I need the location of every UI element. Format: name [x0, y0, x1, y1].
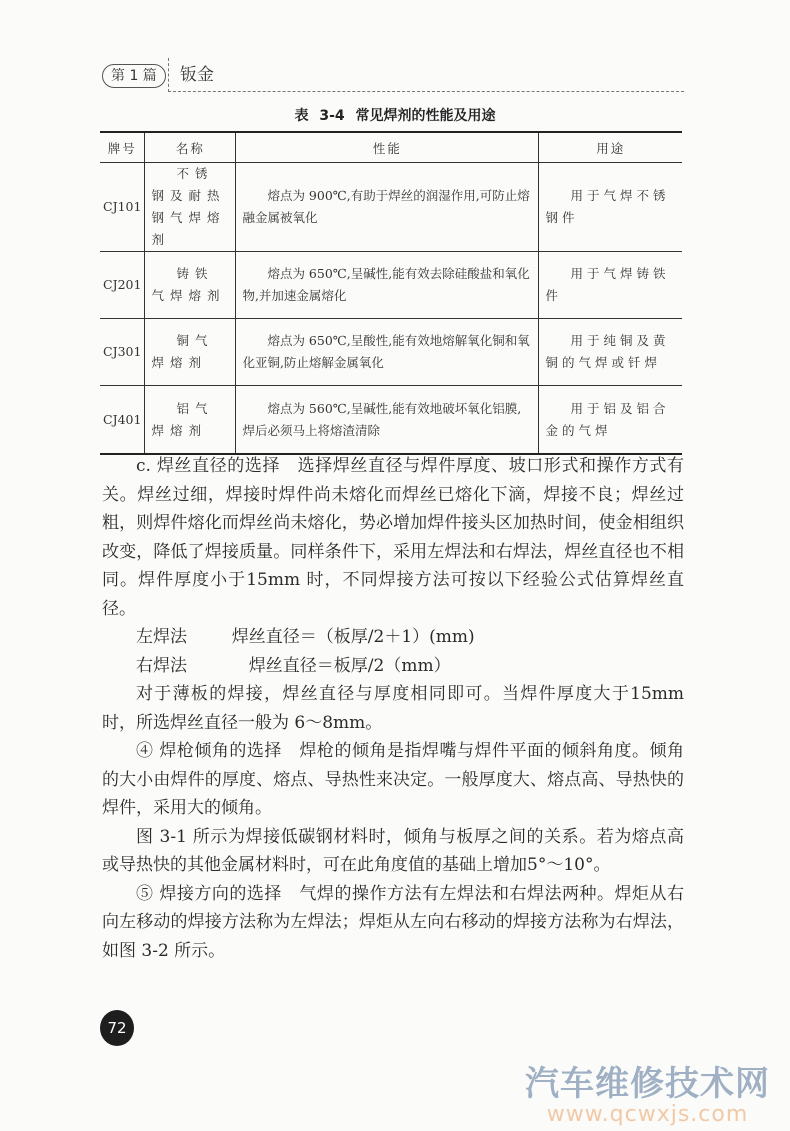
watermark: 汽车维修技术网 www.qcwxjs.com — [510, 1064, 785, 1126]
cell-performance: 熔点为 650℃,呈酸性,能有效地熔解氧化铜和氧化亚铜,防止熔解金属氧化 — [236, 319, 539, 386]
formula-left-welding: 左焊法 焊丝直径＝（板厚/2＋1）(mm) — [102, 623, 684, 652]
table-row: CJ201 铸铁气焊熔剂 熔点为 650℃,呈碱性,能有效去除硅酸盐和氧化物,并… — [100, 252, 682, 319]
cell-name: 不锈钢及耐热钢气焊熔剂 — [145, 163, 236, 252]
header-rule — [168, 91, 684, 92]
body-text: c. 焊丝直径的选择 选择焊丝直径与焊件厚度、坡口形式和操作方式有关。焊丝过细，… — [102, 452, 684, 965]
cell-name: 铸铁气焊熔剂 — [145, 252, 236, 319]
table-header-row: 牌号 名称 性能 用途 — [100, 132, 682, 163]
cell-grade: CJ301 — [100, 319, 145, 386]
page-number: 72 — [100, 1010, 134, 1046]
cell-use: 用于铝及铝合金的气焊 — [539, 386, 682, 455]
cell-name: 铜气焊熔剂 — [145, 319, 236, 386]
col-header-use: 用途 — [539, 132, 682, 163]
cell-grade: CJ201 — [100, 252, 145, 319]
cell-use: 用于纯铜及黄铜的气焊或钎焊 — [539, 319, 682, 386]
table-row: CJ401 铝气焊熔剂 熔点为 560℃,呈碱性,能有效地破坏氧化铝膜,焊后必须… — [100, 386, 682, 455]
cell-use: 用于气焊不锈钢件 — [539, 163, 682, 252]
cell-performance: 熔点为 650℃,呈碱性,能有效去除硅酸盐和氧化物,并加速金属熔化 — [236, 252, 539, 319]
col-header-grade: 牌号 — [100, 132, 145, 163]
cell-performance: 熔点为 560℃,呈碱性,能有效地破坏氧化铝膜,焊后必须马上将熔渣清除 — [236, 386, 539, 455]
paragraph-figure-3-1: 图 3-1 所示为焊接低碳钢材料时，倾角与板厚之间的关系。若为熔点高或导热快的其… — [102, 823, 684, 880]
table-title: 表 3-4 常见焊剂的性能及用途 — [0, 105, 790, 125]
paragraph-thin-plate: 对于薄板的焊接，焊丝直径与厚度相同即可。当焊件厚度大于15mm 时，所选焊丝直径… — [102, 680, 684, 737]
flux-table: 牌号 名称 性能 用途 CJ101 不锈钢及耐热钢气焊熔剂 熔点为 900℃,有… — [100, 131, 682, 455]
formula-right-welding: 右焊法 焊丝直径＝板厚/2（mm） — [102, 652, 684, 681]
cell-grade: CJ101 — [100, 163, 145, 252]
watermark-text: 汽车维修技术网 — [510, 1064, 785, 1104]
col-header-performance: 性能 — [236, 132, 539, 163]
table-row: CJ101 不锈钢及耐热钢气焊熔剂 熔点为 900℃,有助于焊丝的润湿作用,可防… — [100, 163, 682, 252]
cell-name: 铝气焊熔剂 — [145, 386, 236, 455]
cell-use: 用于气焊铸铁件 — [539, 252, 682, 319]
paragraph-welding-direction: ⑤ 焊接方向的选择 气焊的操作方法有左焊法和右焊法两种。焊炬从右向左移动的焊接方… — [102, 880, 684, 966]
cell-performance: 熔点为 900℃,有助于焊丝的润湿作用,可防止熔融金属被氧化 — [236, 163, 539, 252]
section-name: 钣金 — [180, 62, 214, 88]
paragraph-torch-angle: ④ 焊枪倾角的选择 焊枪的倾角是指焊嘴与焊件平面的倾斜角度。倾角的大小由焊件的厚… — [102, 737, 684, 823]
part-badge: 第 1 篇 — [102, 64, 166, 88]
table-row: CJ301 铜气焊熔剂 熔点为 650℃,呈酸性,能有效地熔解氧化铜和氧化亚铜,… — [100, 319, 682, 386]
paragraph-wire-diameter: c. 焊丝直径的选择 选择焊丝直径与焊件厚度、坡口形式和操作方式有关。焊丝过细，… — [102, 452, 684, 623]
watermark-url: www.qcwxjs.com — [510, 1104, 785, 1126]
cell-grade: CJ401 — [100, 386, 145, 455]
header-divider — [168, 58, 169, 92]
col-header-name: 名称 — [145, 132, 236, 163]
